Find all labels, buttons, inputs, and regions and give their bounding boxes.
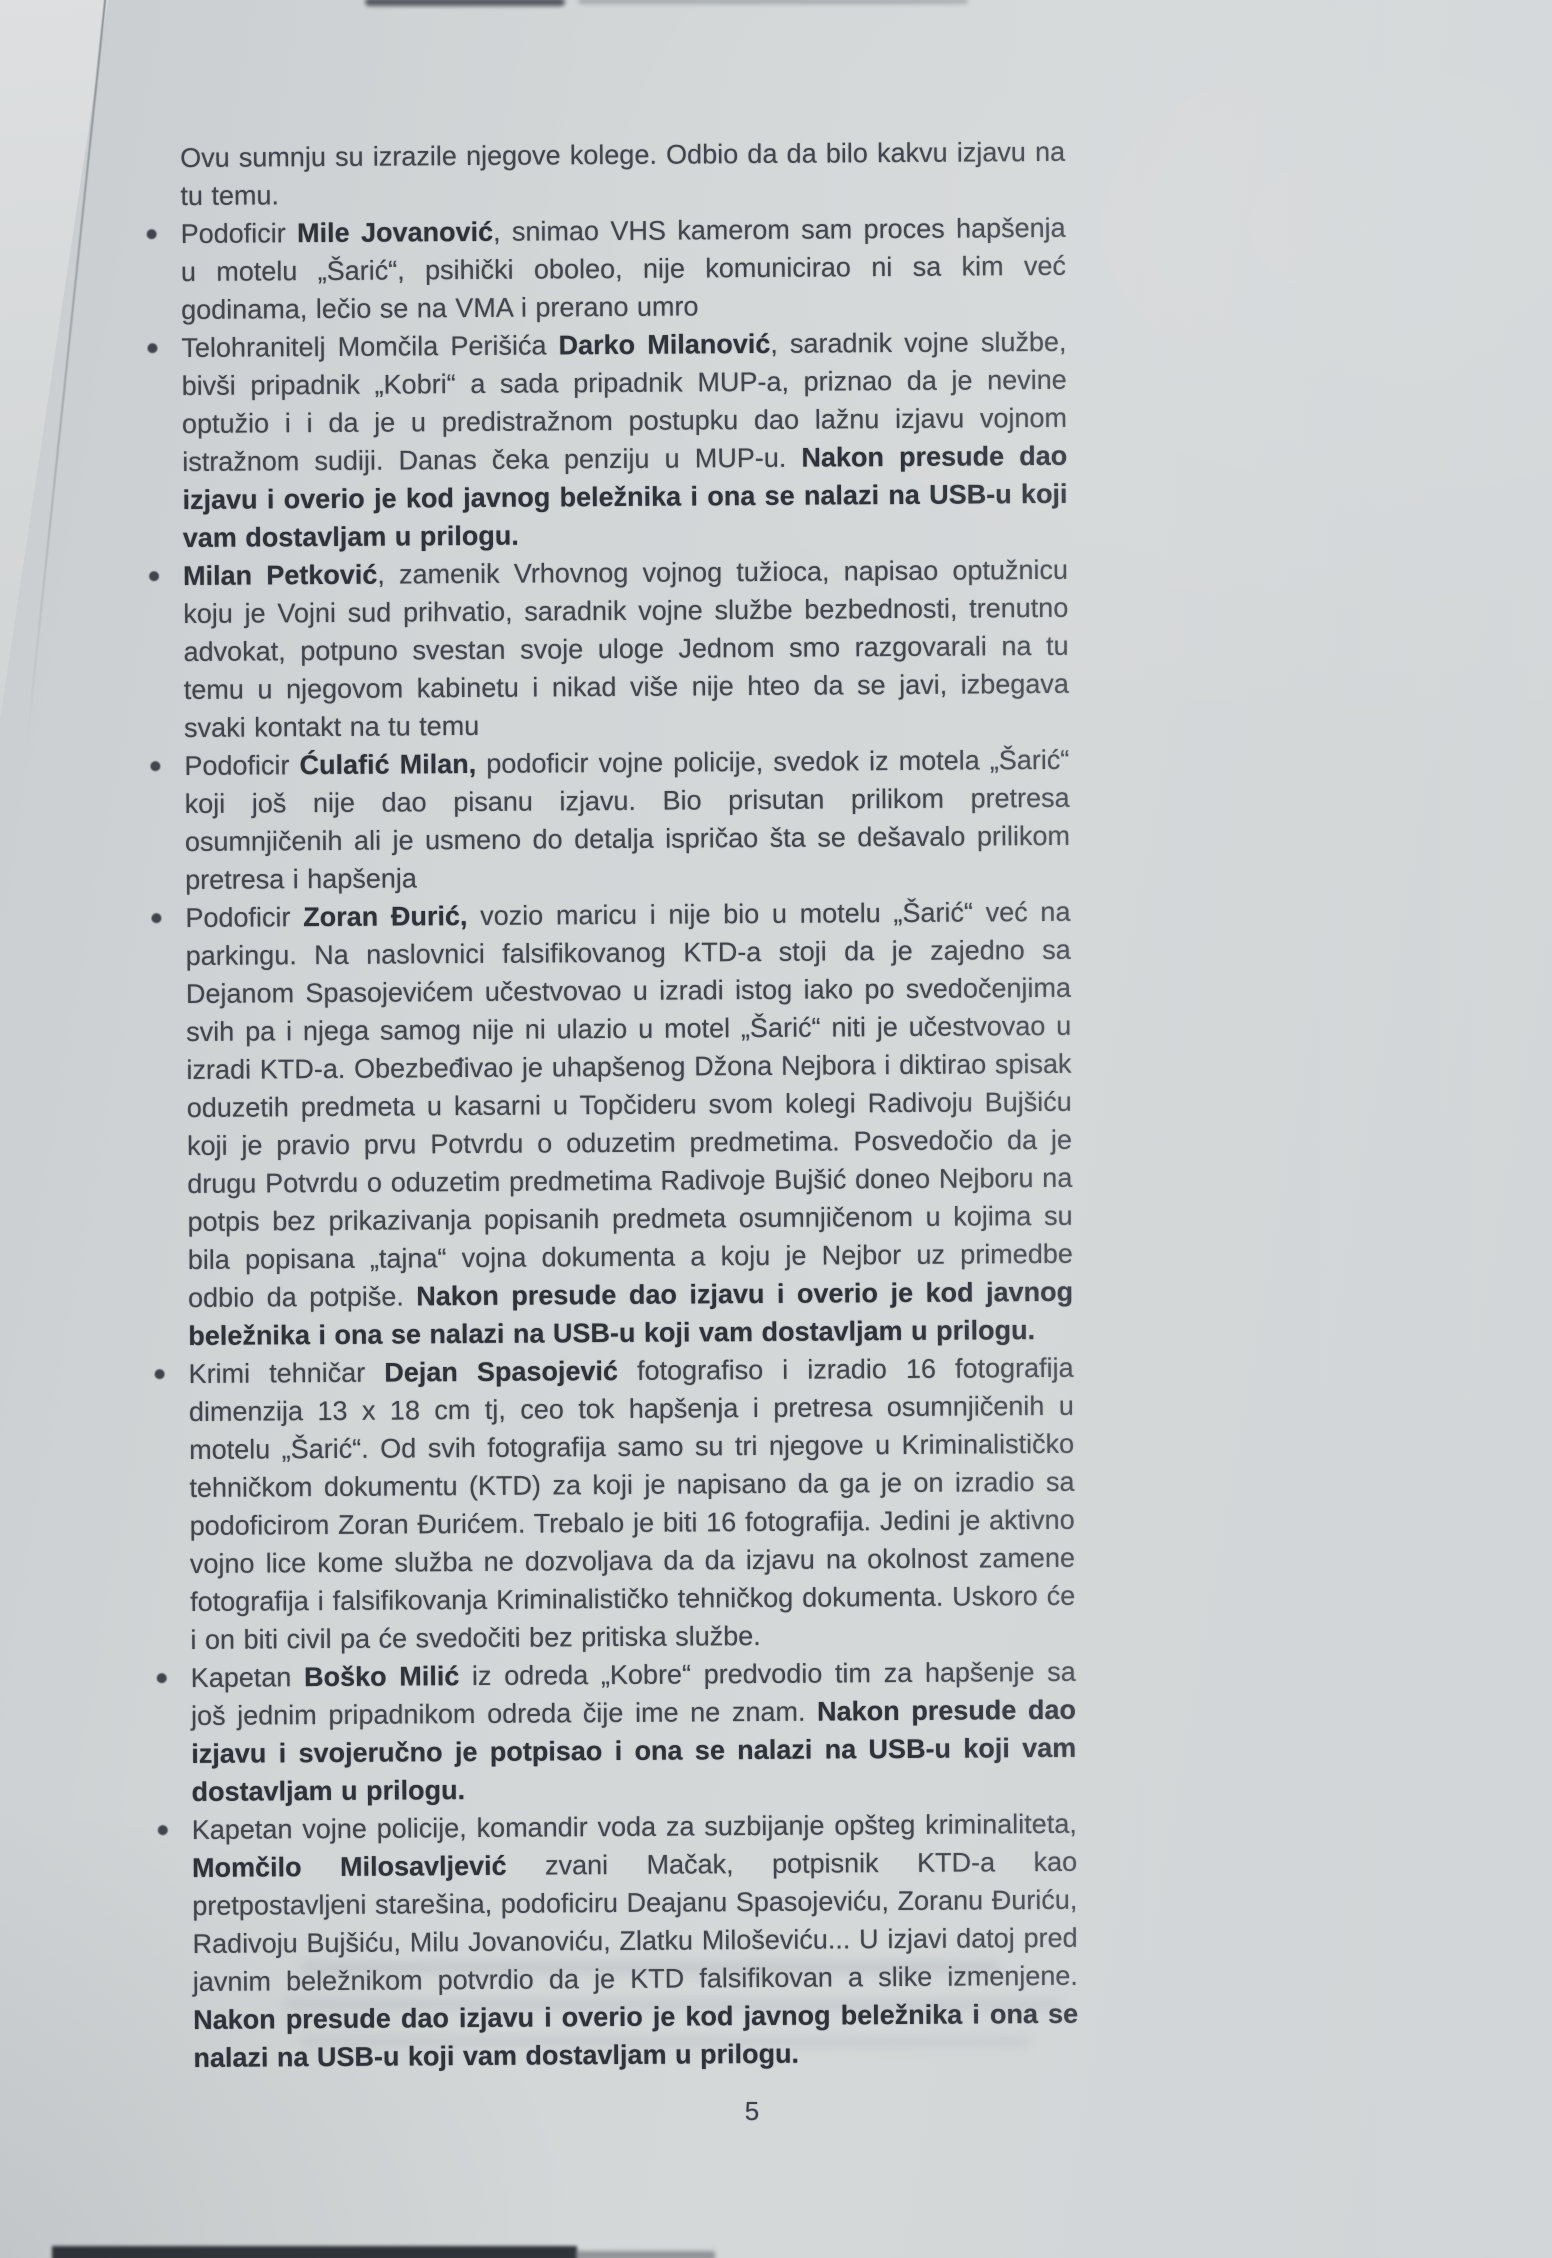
bullet-text: Podoficir Mile Jovanović, snimao VHS kam…	[181, 213, 1066, 325]
bold-text-run: Boško Milić	[304, 1661, 459, 1692]
bold-text-run: Momčilo Milosavljević	[192, 1851, 507, 1883]
bullet-text: Milan Petković, zamenik Vrhovnog vojnog …	[183, 555, 1069, 743]
bullet-text: Podoficir Zoran Đurić, vozio maricu i ni…	[185, 897, 1073, 1351]
page-number: 5	[722, 2096, 782, 2127]
intro-paragraph: Ovu sumnju su izrazile njegove kolege. O…	[180, 133, 1066, 215]
text-run: Podoficir	[184, 750, 299, 781]
scan-artifact-bottom	[52, 2246, 577, 2258]
bullet-marker	[157, 1673, 167, 1683]
bullet-text: Krimi tehničar Dejan Spasojević fotograf…	[189, 1353, 1076, 1655]
text-run: Kapetan vojne policije, komandir voda za…	[192, 1809, 1077, 1845]
bold-text-run: Darko Milanović	[558, 329, 770, 360]
bullet-marker	[155, 1369, 165, 1379]
bold-text-run: Milan Petković	[183, 560, 377, 591]
bold-text-run: Nakon presude dao izjavu i overio je kod…	[193, 1999, 1078, 2073]
bold-text-run: Ćulafić Milan,	[299, 749, 476, 780]
bullet-item: Podoficir Ćulafić Milan, podoficir vojne…	[184, 741, 1070, 899]
bullet-marker	[150, 761, 160, 771]
bullet-item: Kapetan vojne policije, komandir voda za…	[192, 1805, 1079, 2077]
scan-artifact-bottom-faint	[575, 2251, 715, 2258]
bullet-text: Kapetan Boško Milić iz odreda „Kobre“ pr…	[191, 1657, 1077, 1807]
bullet-item: Telohranitelj Momčila Perišića Darko Mil…	[181, 323, 1068, 557]
bullet-item: Milan Petković, zamenik Vrhovnog vojnog …	[183, 551, 1069, 747]
bullet-item: Krimi tehničar Dejan Spasojević fotograf…	[188, 1349, 1075, 1659]
bullet-text: Podoficir Ćulafić Milan, podoficir vojne…	[184, 745, 1070, 895]
bullet-item: Kapetan Boško Milić iz odreda „Kobre“ pr…	[191, 1653, 1077, 1811]
text-run: Krimi tehničar	[189, 1358, 385, 1389]
bullet-list: Podoficir Mile Jovanović, snimao VHS kam…	[181, 209, 1079, 2077]
bullet-marker	[147, 343, 157, 353]
text-run: Podoficir	[185, 902, 303, 933]
bold-text-run: Mile Jovanović	[297, 217, 493, 248]
scan-artifact-top	[365, 0, 565, 6]
bullet-marker	[151, 913, 161, 923]
scan-artifact-top-faint	[578, 0, 968, 4]
bullet-marker	[147, 229, 157, 239]
bullet-text: Kapetan vojne policije, komandir voda za…	[192, 1809, 1079, 2073]
bullet-marker	[149, 571, 159, 581]
bold-text-run: Zoran Đurić,	[303, 901, 467, 932]
text-run: Kapetan	[191, 1662, 305, 1693]
bullet-text: Telohranitelj Momčila Perišića Darko Mil…	[181, 327, 1067, 553]
text-run: vozio maricu i nije bio u motelu „Šarić“…	[186, 897, 1073, 1313]
document-text-block: Ovu sumnju su izrazile njegove kolege. O…	[180, 133, 1079, 2077]
bullet-marker	[158, 1825, 168, 1835]
text-run: fotografiso i izradio 16 fotografija dim…	[189, 1353, 1076, 1655]
bullet-item: Podoficir Zoran Đurić, vozio maricu i ni…	[185, 893, 1073, 1355]
text-run: Ovu sumnju su izrazile njegove kolege. O…	[180, 137, 1065, 211]
page-corner-fold	[0, 0, 130, 720]
bullet-item: Podoficir Mile Jovanović, snimao VHS kam…	[181, 209, 1067, 329]
scanned-document-page: Ovu sumnju su izrazile njegove kolege. O…	[0, 0, 1552, 2258]
text-run: Telohranitelj Momčila Perišića	[181, 330, 558, 363]
text-run: Podoficir	[181, 218, 298, 249]
bold-text-run: Dejan Spasojević	[384, 1356, 618, 1388]
